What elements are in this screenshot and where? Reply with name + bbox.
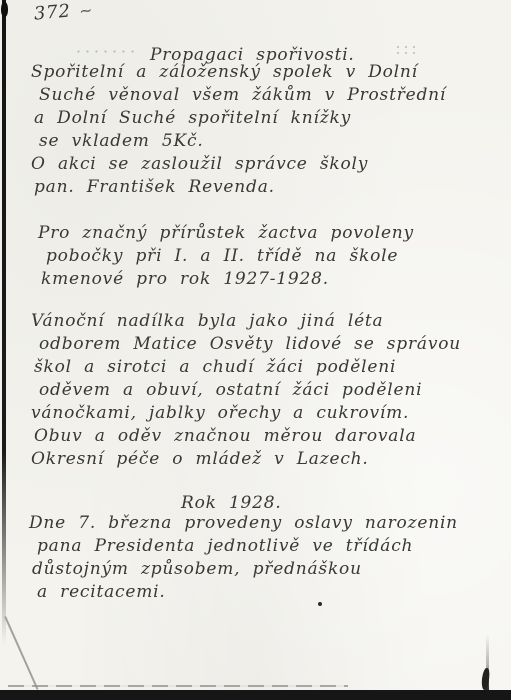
scan-speckles [394,44,416,54]
handwritten-line: a recitacemi. [37,581,458,604]
binding-ink-blob [1,2,8,17]
handwritten-line: vánočkami, jablky ořechy a cukrovím. [31,402,461,425]
handwritten-line: a Dolní Suché spořitelní knížky [34,107,446,130]
handwritten-line: odborem Matice Osvěty lidové se správou [39,333,461,356]
handwritten-line: Dne 7. března provedeny oslavy narozenin [29,512,458,535]
handwritten-line: pobočky při I. a II. třídě na škole [46,245,414,268]
scan-speckles [74,49,138,55]
handwritten-line: Vánoční nadílka byla jako jiná léta [31,310,461,333]
book-binding-shadow [2,0,6,645]
page-bottom-edge-line [8,685,348,687]
page-corner-fold-line [4,616,38,690]
paragraph-sporitelni-spolek: Spořitelní a záloženský spolek v Dolní S… [31,61,446,199]
paragraph-vanocni-nadilka: Vánoční nadílka byla jako jiná léta odbo… [31,310,461,471]
handwritten-line: Pro značný přírůstek žactva povoleny [38,222,414,245]
page-number: 372 [33,0,71,24]
handwritten-line: se vkladem 5Kč. [39,130,446,153]
ink-dot [318,602,322,606]
handwritten-line: Obuv a oděv značnou měrou darovala [34,425,461,448]
scanned-page: 372 ~ Propagaci spořivosti. Spořitelní a… [0,0,511,700]
handwritten-line: důstojným způsobem, přednáškou [32,558,458,581]
handwritten-line: kmenové pro rok 1927-1928. [41,268,414,291]
paragraph-oslavy-narozenin: Dne 7. března provedeny oslavy narozenin… [29,512,458,604]
handwritten-line: pan. František Revenda. [34,176,446,199]
handwritten-line: O akci se zasloužil správce školy [31,153,446,176]
handwritten-line: Spořitelní a záloženský spolek v Dolní [31,61,446,84]
handwritten-line: pana Presidenta jednotlivě ve třídách [37,535,458,558]
handwritten-line: oděvem a obuví, ostatní žáci poděleni [39,379,461,402]
scan-bottom-black-band [0,690,511,700]
handwritten-line: škol a sirotci a chudí žáci poděleni [34,356,461,379]
page-number-dash: ~ [78,0,95,21]
paragraph-pobocky-trid: Pro značný přírůstek žactva povoleny pob… [38,222,414,291]
handwritten-line: Okresní péče o mládež v Lazech. [31,448,461,471]
handwritten-line: Suché věnoval všem žákům v Prostřední [39,84,446,107]
